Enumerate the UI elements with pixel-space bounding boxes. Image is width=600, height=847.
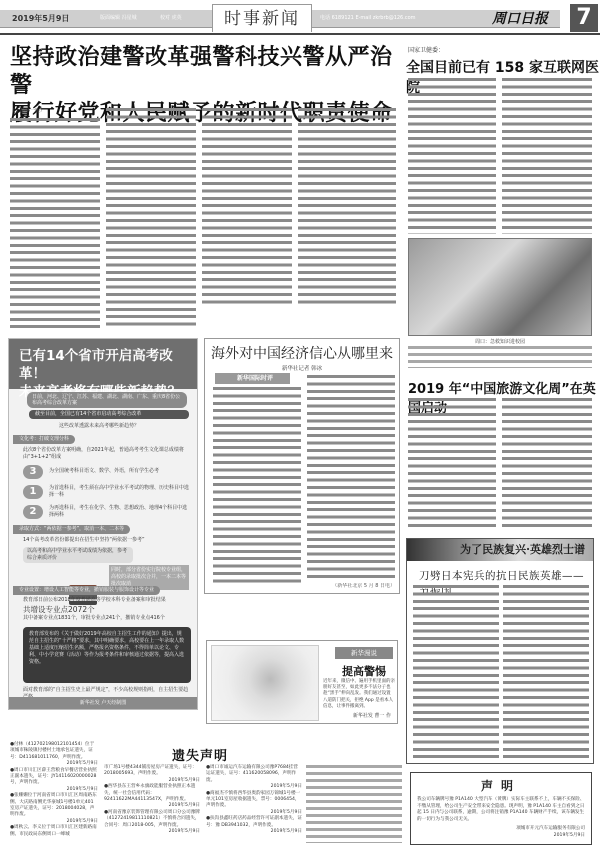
lost-notice-item: ●商福杰不慎将西华县奥韵家园万锦城1号楼一单元101室房屋收据遗失，票号：000… <box>206 791 302 817</box>
lead-body-col-1 <box>10 118 100 330</box>
section-label-culture: 文化考：打破文理分科 <box>13 435 75 444</box>
lead-body-col-4 <box>298 108 396 308</box>
cartoon-title: 提高警惕 <box>335 663 393 679</box>
cartoon-tag: 新华漫说 <box>335 647 393 659</box>
news-photo <box>408 238 592 336</box>
admission-detail: 以高考和高中学业水平考试成绩为依据，参考综合素质评价 <box>23 547 133 563</box>
economy-article: 海外对中国经济信心从哪里来 新华社记者 韩冰 新华国际时评 （新华社北京 5 月… <box>204 338 400 594</box>
lost-notice-item: ●周口市川汇区薛王营粮食早餐店营业执照正副本遗失，证号：JY1411602000… <box>10 768 98 794</box>
hospital-body-col-1 <box>408 78 496 234</box>
notice-signer: 项城市开元汽车运输服务有限公司 <box>516 826 585 833</box>
lost-notice-item: ●张姗姗位于河南省周口市川汇区周南路东侧、大庆路南侧光华豪城1号楼1单元401室… <box>10 793 98 825</box>
issue-date: 2019年5月9日 <box>12 13 69 24</box>
headline-line-1: 坚持政治建警改革强警科技兴警从严治警 <box>10 44 395 100</box>
editorial-cartoon <box>211 645 319 721</box>
infographic-title-line-1: 已有14个省市开启高考改革！ <box>19 347 197 383</box>
gaokao-infographic: 已有14个省市开启高考改革！ 未来高考将有哪些新趋势？ 日前，河北、辽宁、江苏、… <box>8 338 198 710</box>
majors-detail: 其中备案专业点1831个，审批专业点241个，撤销专业点416个 <box>23 615 193 622</box>
tourism-body-col-1 <box>408 398 496 528</box>
company-notice: 声明 我公司车辆牌号豫 P1A140 大型汽车（黄牌）实际车主联系不上，车辆不买… <box>410 772 592 845</box>
lost-notice-item: ●河南省豫京装饰管理有限公司周口分公司豫牌（41272419811110821）… <box>104 810 200 836</box>
infographic-header: 已有14个省市开启高考改革！ 未来高考将有哪些新趋势？ <box>9 339 197 389</box>
summary-bar: 截至目前，全国已有14个省市启动高考综合改革 <box>29 410 189 419</box>
lost-notice-item: ●付林（412702198012101454）位于项城市秣陵镇付楼村土地承包证遗… <box>10 742 98 768</box>
masthead-rule <box>0 33 600 35</box>
provinces-note: 日前，河北、辽宁、江苏、福建、湖北、湖南、广东、重庆8省份公布高考综合改革方案 <box>27 392 187 408</box>
masthead: 2019年5月9日 版面编辑 冯星城 校对 虎英 时事新闻 电话 6189121… <box>0 0 600 36</box>
lost-notices-col-2: 市广场1号楼4344铺房屋房产证遗失，证号：2018005693，声明作废。20… <box>104 765 200 835</box>
section-text-majors: 教育部日前公布2018年度普通高等学校本科专业备案和审批结果 <box>23 597 193 604</box>
lost-notices-title: 遗失声明 <box>150 745 250 764</box>
badge-2: 2 <box>23 505 43 519</box>
lost-notice-item: ●周秋云、李义位于周口市川汇区建新路南侧、市民政局东侧周口一峰城 <box>10 825 98 838</box>
section-label-admission: 录取方式：“两依据一参考”，取消一本、二本等 <box>13 525 130 534</box>
lost-notices-col-3: ●周口市诚运汽车运输有限公司豫P7684挂营运证遗失，证号：4116200580… <box>206 765 302 835</box>
item-1-text: 为首选科目，考生须在高中学业水平考试的物理、历史科目中选择一科 <box>49 485 189 499</box>
economy-body-col-2 <box>307 375 395 581</box>
lost-notice-item: ●周口市诚运汽车运输有限公司豫P7684挂营运证遗失，证号：4116200580… <box>206 765 302 791</box>
badge-1: 1 <box>23 485 43 499</box>
section-label-majors: 专业设置：增设人工智能等专业，撤销服装与服饰设计等专业 <box>13 586 160 595</box>
section-title: 时事新闻 <box>212 4 312 32</box>
photo-description <box>408 346 592 368</box>
economy-dateline: （新华社北京 5 月 8 日电） <box>307 583 395 591</box>
notice-date: 2019年5月9日 <box>516 833 585 840</box>
cartoon-credit: 新华社发 曹一 作 <box>353 712 391 719</box>
newspaper-logo: 周口日报 <box>492 8 548 28</box>
continued-note: （上接第一版） <box>10 108 100 116</box>
lost-notices-col-4 <box>306 765 402 843</box>
lost-notice-item: 市广场1号楼4344铺房屋房产证遗失，证号：2018005693，声明作废。20… <box>104 765 200 784</box>
lost-notice-item: ●西华县东王营乡永旗政能服营业执照正本遗失，统一社会信用代码：92411622M… <box>104 784 200 810</box>
economy-byline: 新华社记者 韩冰 <box>205 364 399 372</box>
lost-notice-item: ●扶沟县鑫旺药店药品经营许可证副本遗失，证号：豫 DB3941032，声明作废。… <box>206 816 302 835</box>
photo-caption: 周口：急救知识进校园 <box>408 338 592 345</box>
notice-title: 声明 <box>411 777 591 794</box>
item-3-text: 为全国统考科目语文、数学、外语，所有学生必考 <box>49 468 189 475</box>
new-majors-count: 共增设专业点2072个 <box>23 604 95 615</box>
economy-headline: 海外对中国经济信心从哪里来 <box>205 343 399 363</box>
cartoon-text: 近年来，微信中、遍用手机里面的亲朋好友甚至，如此更多不法分子也趁“黑手”伸向乱发… <box>323 679 395 710</box>
infographic-credit: 新华社发 卢天经制图 <box>9 697 197 709</box>
heroes-body-col-1 <box>413 585 499 759</box>
hospital-body-col-2 <box>502 78 592 234</box>
notice-signature: 项城市开元汽车运输服务有限公司 2019年5月9日 <box>516 826 585 839</box>
item-2-text: 为再选科目，考生在化学、生物、思想政治、地理4个科目中选择两科 <box>49 505 189 519</box>
contact-info: 电话 6189121 E-mail zkrbrb@126.com <box>320 14 416 21</box>
economy-body-col-1 <box>213 387 301 587</box>
lead-body-col-3 <box>202 108 292 308</box>
tourism-body-col-2 <box>502 398 592 528</box>
editor-meta: 版面编辑 冯星城 <box>100 14 137 21</box>
badge-3: 3 <box>23 465 43 479</box>
lost-notices-col-1: ●付林（412702198012101454）位于项城市秣陵镇付楼村土地承包证遗… <box>10 742 98 838</box>
notice-body: 我公司车辆牌号豫 P1A140 大型汽车（黄牌）实际车主联系不上，车辆不买保险、… <box>411 794 591 826</box>
page-number: 7 <box>570 4 598 32</box>
heroes-body-col-2 <box>503 585 589 759</box>
hospital-kicker: 国家卫健委： <box>408 45 444 54</box>
trend-question: 这些改革透露未来高考哪些新趋势？ <box>59 423 139 430</box>
cartoon-feature: 新华漫说 提高警惕 近年来，微信中、遍用手机里面的亲朋好友甚至，如此更多不法分子… <box>206 640 398 724</box>
heroes-feature-box: 为了民族复兴·英雄烈士谱 刀劈日本宪兵的抗日民族英雄——节振国 <box>406 538 594 764</box>
section-text-culture: 此次8个省份改革方案明确，自2021年起，普通高考考生文化课总成绩将由“3+1+… <box>23 447 193 461</box>
section-text-admission: 14个高考改革省份都提出在招生中坚持“两依据一参考” <box>23 537 193 544</box>
autonomous-admission-box: 教育部发布的《关于做好2019年高校自主招生工作的通知》提出，规范自主招生的“十… <box>23 627 191 683</box>
lead-body-col-2 <box>106 108 196 330</box>
commentary-tag: 新华国际时评 <box>215 373 290 384</box>
proofreader-meta: 校对 虎英 <box>160 14 182 21</box>
heroes-banner: 为了民族复兴·英雄烈士谱 <box>407 539 593 561</box>
